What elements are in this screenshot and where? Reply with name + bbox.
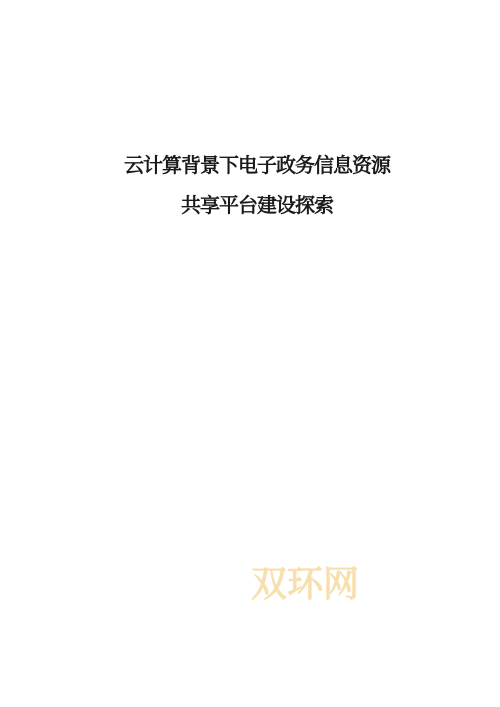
document-page: 云计算背景下电子政务信息资源 共享平台建设探索 双环网 xyxy=(0,0,500,707)
document-title-line2: 共享平台建设探索 xyxy=(14,186,500,226)
document-title: 云计算背景下电子政务信息资源 共享平台建设探索 xyxy=(0,146,500,226)
document-title-line1: 云计算背景下电子政务信息资源 xyxy=(14,146,500,186)
watermark-text: 双环网 xyxy=(251,564,359,604)
